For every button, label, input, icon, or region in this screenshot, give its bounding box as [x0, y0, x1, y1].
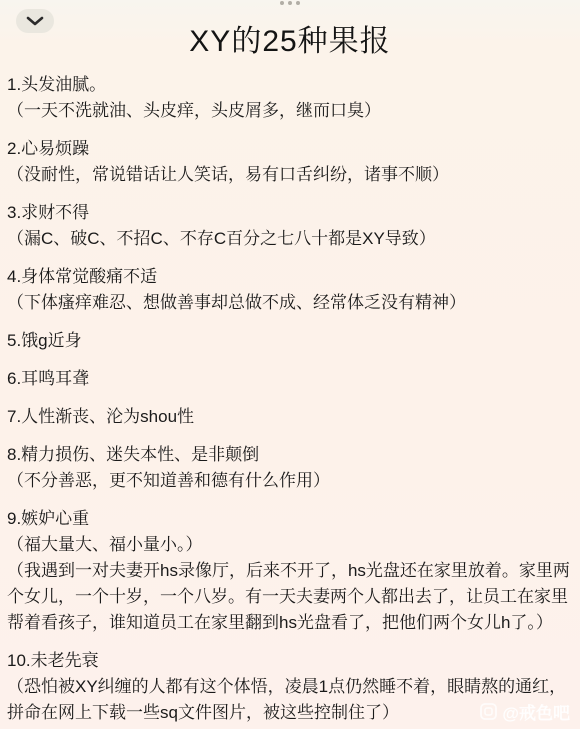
- item-subtext: （下体瘙痒难忍、想做善事却总做不成、经常体乏没有精神）: [7, 290, 572, 316]
- item-heading: 6.耳鸣耳聋: [7, 366, 572, 392]
- dot: [280, 1, 284, 5]
- chevron-down-icon: [26, 16, 44, 26]
- list-item: 7.人性渐丧、沦为shou性: [7, 404, 572, 430]
- item-heading: 3.求财不得: [7, 200, 572, 226]
- page-title: XY的25种果报: [0, 0, 580, 60]
- list-item: 5.饿g近身: [7, 328, 572, 354]
- list-item: 8.精力损伤、迷失本性、是非颠倒 （不分善恶，更不知道善和德有什么作用）: [7, 442, 572, 494]
- drag-handle-dots[interactable]: [280, 1, 300, 5]
- collapse-button[interactable]: [16, 9, 54, 33]
- note-page: XY的25种果报 1.头发油腻。 （一天不洗就油、头皮痒，头皮屑多，继而口臭） …: [0, 0, 580, 729]
- dot: [288, 1, 292, 5]
- item-heading: 1.头发油腻。: [7, 72, 572, 98]
- item-subtext: （一天不洗就油、头皮痒，头皮屑多，继而口臭）: [7, 98, 572, 124]
- list-item: 4.身体常觉酸痛不适 （下体瘙痒难忍、想做善事却总做不成、经常体乏没有精神）: [7, 264, 572, 316]
- item-subtext: （不分善恶，更不知道善和德有什么作用）: [7, 468, 572, 494]
- item-heading: 9.嫉妒心重: [7, 506, 572, 532]
- item-heading: 8.精力损伤、迷失本性、是非颠倒: [7, 442, 572, 468]
- item-subtext: （恐怕被XY纠缠的人都有这个体悟，凌晨1点仍然睡不着，眼睛熬的通红，拼命在网上下…: [7, 674, 572, 726]
- item-subtext: （福大量大、福小量小。）: [7, 532, 572, 558]
- dot: [296, 1, 300, 5]
- item-heading: 4.身体常觉酸痛不适: [7, 264, 572, 290]
- item-subtext: （我遇到一对夫妻开hs录像厅，后来不开了，hs光盘还在家里放着。家里两个女儿，一…: [7, 558, 572, 636]
- list-item: 2.心易烦躁 （没耐性，常说错话让人笑话，易有口舌纠纷，诸事不顺）: [7, 136, 572, 188]
- item-heading: 10.未老先衰: [7, 648, 572, 674]
- list-item: 9.嫉妒心重 （福大量大、福小量小。） （我遇到一对夫妻开hs录像厅，后来不开了…: [7, 506, 572, 636]
- item-heading: 7.人性渐丧、沦为shou性: [7, 404, 572, 430]
- list-item: 10.未老先衰 （恐怕被XY纠缠的人都有这个体悟，凌晨1点仍然睡不着，眼睛熬的通…: [7, 648, 572, 726]
- item-subtext: （漏C、破C、不招C、不存C百分之七八十都是XY导致）: [7, 226, 572, 252]
- list-item: 3.求财不得 （漏C、破C、不招C、不存C百分之七八十都是XY导致）: [7, 200, 572, 252]
- item-heading: 5.饿g近身: [7, 328, 572, 354]
- item-heading: 2.心易烦躁: [7, 136, 572, 162]
- list-item: 6.耳鸣耳聋: [7, 366, 572, 392]
- list-item: 1.头发油腻。 （一天不洗就油、头皮痒，头皮屑多，继而口臭）: [7, 72, 572, 124]
- item-subtext: （没耐性，常说错话让人笑话，易有口舌纠纷，诸事不顺）: [7, 162, 572, 188]
- content-list: 1.头发油腻。 （一天不洗就油、头皮痒，头皮屑多，继而口臭） 2.心易烦躁 （没…: [0, 60, 580, 726]
